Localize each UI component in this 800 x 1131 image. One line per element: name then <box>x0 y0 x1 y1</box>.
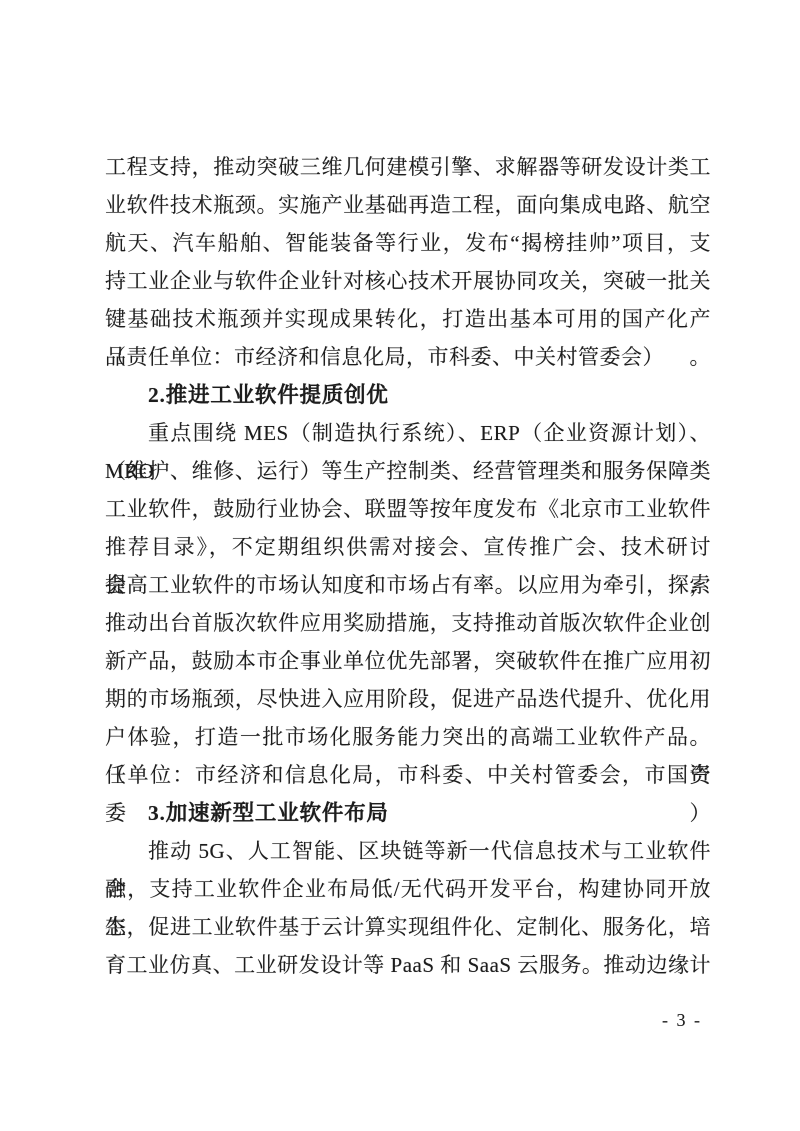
paragraph-line: 推动出台首版次软件应用奖励措施，支持推动首版次软件企业创 <box>105 604 711 642</box>
paragraph-line: 期的市场瓶颈，尽快进入应用阶段，促进产品迭代提升、优化用 <box>105 680 711 718</box>
paragraph-line: 工程支持，推动突破三维几何建模引擎、求解器等研发设计类工 <box>105 148 711 186</box>
section-heading-2: 2.推进工业软件提质创优 <box>105 376 711 414</box>
paragraph-line: 键基础技术瓶颈并实现成果转化，打造出基本可用的国产化产品。 <box>105 300 711 338</box>
paragraph-line: 态，促进工业软件基于云计算实现组件化、定制化、服务化，培 <box>105 908 711 946</box>
paragraph-line: 提高工业软件的市场认知度和市场占有率。以应用为牵引，探索 <box>105 566 711 604</box>
paragraph-line: 育工业仿真、工业研发设计等 PaaS 和 SaaS 云服务。推动边缘计 <box>105 946 711 984</box>
responsibility-unit-line: 任单位：市经济和信息化局，市科委、中关村管委会，市国资委） <box>105 756 711 794</box>
document-body: 工程支持，推动突破三维几何建模引擎、求解器等研发设计类工 业软件技术瓶颈。实施产… <box>105 148 711 984</box>
page-number: - 3 - <box>662 1008 702 1032</box>
responsibility-unit-line: （责任单位：市经济和信息化局，市科委、中关村管委会） <box>105 338 711 376</box>
document-page: 工程支持，推动突破三维几何建模引擎、求解器等研发设计类工 业软件技术瓶颈。实施产… <box>0 0 800 1131</box>
paragraph-line: （维护、维修、运行）等生产控制类、经营管理类和服务保障类 <box>105 452 711 490</box>
paragraph-line: 合，支持工业软件企业布局低/无代码开发平台，构建协同开放生 <box>105 870 711 908</box>
paragraph-line: 户体验，打造一批市场化服务能力突出的高端工业软件产品。（责 <box>105 718 711 756</box>
paragraph-line: 航天、汽车船舶、智能装备等行业，发布“揭榜挂帅”项目，支 <box>105 224 711 262</box>
paragraph-line: 新产品，鼓励本市企事业单位优先部署，突破软件在推广应用初 <box>105 642 711 680</box>
paragraph-line: 推动 5G、人工智能、区块链等新一代信息技术与工业软件融 <box>105 832 711 870</box>
paragraph-line: 业软件技术瓶颈。实施产业基础再造工程，面向集成电路、航空 <box>105 186 711 224</box>
paragraph-line: 持工业企业与软件企业针对核心技术开展协同攻关，突破一批关 <box>105 262 711 300</box>
paragraph-line: 重点围绕 MES（制造执行系统）、ERP（企业资源计划）、MRO <box>105 414 711 452</box>
paragraph-line: 推荐目录》，不定期组织供需对接会、宣传推广会、技术研讨会， <box>105 528 711 566</box>
paragraph-line: 工业软件，鼓励行业协会、联盟等按年度发布《北京市工业软件 <box>105 490 711 528</box>
